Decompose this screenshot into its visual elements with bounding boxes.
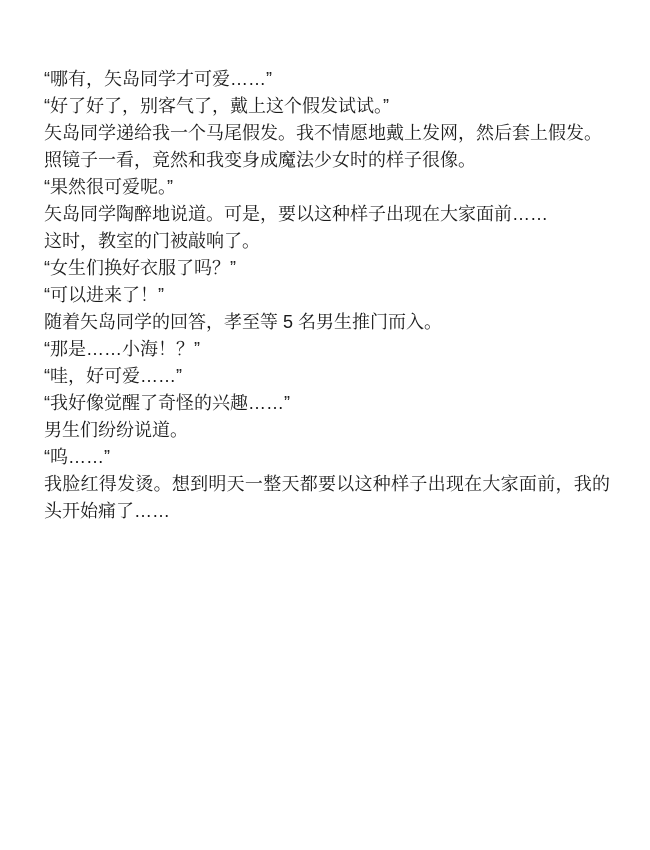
paragraph: “呜……” (44, 444, 610, 471)
paragraph: “哇，好可爱……” (44, 363, 610, 390)
paragraph: “女生们换好衣服了吗？” (44, 255, 610, 282)
paragraph: 矢岛同学陶醉地说道。可是，要以这种样子出现在大家面前…… (44, 201, 610, 228)
paragraph: 男生们纷纷说道。 (44, 417, 610, 444)
reader-page: “哪有，矢岛同学才可爱……” “好了好了，别客气了，戴上这个假发试试。” 矢岛同… (0, 0, 650, 850)
paragraph: “哪有，矢岛同学才可爱……” (44, 66, 610, 93)
paragraph: “那是……小海！？” (44, 336, 610, 363)
paragraph: 随着矢岛同学的回答，孝至等 5 名男生推门而入。 (44, 309, 610, 336)
paragraph: 照镜子一看，竟然和我变身成魔法少女时的样子很像。 (44, 147, 610, 174)
paragraph: 这时，教室的门被敲响了。 (44, 228, 610, 255)
paragraph: 我脸红得发烫。想到明天一整天都要以这种样子出现在大家面前，我的头开始痛了…… (44, 471, 610, 525)
paragraph: “我好像觉醒了奇怪的兴趣……” (44, 390, 610, 417)
paragraph: 矢岛同学递给我一个马尾假发。我不情愿地戴上发网，然后套上假发。 (44, 120, 610, 147)
paragraph: “果然很可爱呢。” (44, 174, 610, 201)
paragraph: “好了好了，别客气了，戴上这个假发试试。” (44, 93, 610, 120)
text-block: “哪有，矢岛同学才可爱……” “好了好了，别客气了，戴上这个假发试试。” 矢岛同… (44, 66, 610, 525)
paragraph: “可以进来了！” (44, 282, 610, 309)
